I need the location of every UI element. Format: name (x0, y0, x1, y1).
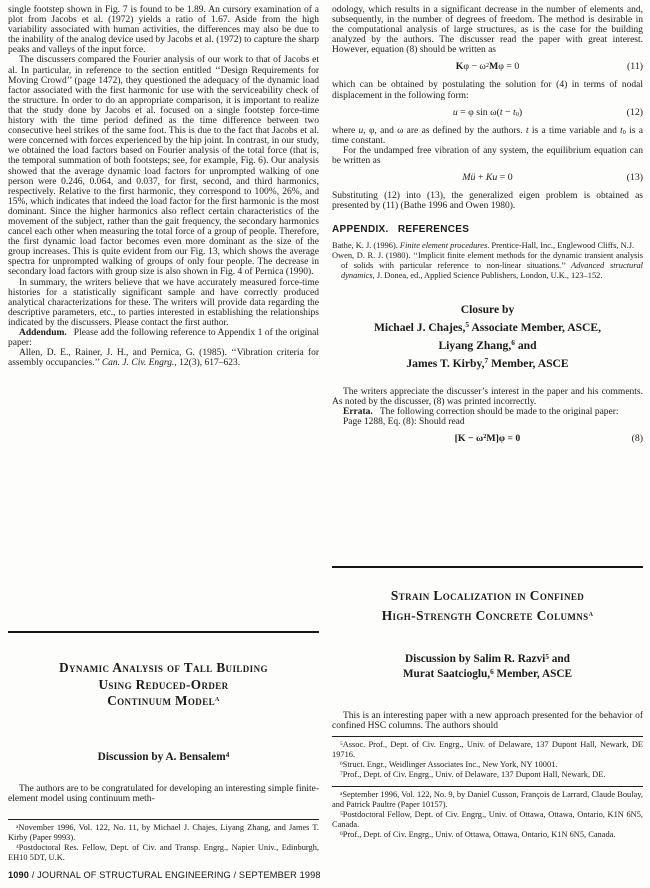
closure-author: James T. Kirby,7 Member, ASCE (332, 355, 643, 373)
footnote: aNovember 1996, Vol. 122, No. 11, by Mic… (8, 823, 319, 843)
discussion-byline-bensalem: Discussion by A. Bensalem4 (8, 750, 319, 765)
addendum-label: Addendum. (19, 328, 67, 338)
closure-paragraph: The writers appreciate the discusser’s i… (332, 387, 643, 407)
title-footnote-marker: a (589, 608, 594, 618)
closure-byline-block: Closure by Michael J. Chajes,5 Associate… (332, 301, 643, 373)
section-divider (8, 631, 319, 633)
paragraph-odology: odology, which results in a significant … (332, 5, 643, 55)
paragraph-substituting: Substituting (12) into (13), the general… (332, 191, 643, 211)
journal-page: single footstep shown in Fig. 7 is found… (0, 0, 650, 888)
footnote-group-2: aSeptember 1996, Vol. 122, No. 9, by Dan… (332, 783, 643, 840)
equation-8: [K − ω2M]φ = 0 (8) (332, 433, 643, 445)
footnote: 5Postdoctoral Fellow, Dept. of Civ. Engr… (332, 810, 643, 830)
reference-entry-owen: Owen, D. R. J. (1980). ‘‘Implicit finite… (332, 251, 643, 280)
equation-12: u = φ sin ω(t − t0) (12) (332, 107, 643, 119)
errata-paragraph: Errata.The following correction should b… (332, 407, 643, 417)
footnote-rule (332, 786, 643, 787)
equation-number: (8) (632, 433, 643, 445)
closure-author: Liyang Zhang,6 and (332, 337, 643, 355)
article-title-strain-localization: Strain Localization in Confined High-Str… (332, 586, 643, 626)
footnote: 7Prof., Dept. of Civ. Engrg., Univ. of D… (332, 770, 643, 780)
discussion-opening-paragraph: The authors are to be congratulated for … (8, 784, 319, 804)
byline-footnote-marker: 4 (226, 751, 230, 759)
section-divider (332, 566, 643, 568)
equation-number: (12) (627, 107, 643, 119)
closure-heading: Closure by (332, 301, 643, 319)
closure-author: Michael J. Chajes,5 Associate Member, AS… (332, 319, 643, 337)
closure-continuation-text: single footstep shown in Fig. 7 is found… (8, 5, 319, 368)
page-footer: 1090 / JOURNAL OF STRUCTURAL ENGINEERING… (8, 870, 321, 880)
discussion2-opening-paragraph: This is an interesting paper with a new … (332, 711, 643, 731)
equation-number: (11) (627, 61, 643, 73)
paragraph-postulating: which can be obtained by postulating the… (332, 80, 643, 100)
footnote: 6Prof., Dept. of Civ. Engrg., Univ. of O… (332, 830, 643, 840)
reference-list: Bathe, K. J. (1996). Finite element proc… (332, 241, 643, 280)
footnote-rule (332, 736, 643, 737)
journal-footer-text: / JOURNAL OF STRUCTURAL ENGINEERING / SE… (29, 870, 321, 880)
right-column: odology, which results in a significant … (332, 0, 643, 888)
title-footnote-marker: a (215, 693, 220, 703)
equation-11: Kφ − ω2Mφ = 0 (11) (332, 61, 643, 73)
page-number: 1090 (8, 870, 29, 880)
errata-page-line: Page 1288, Eq. (8): Should read (332, 417, 643, 427)
equation-number: (13) (627, 172, 643, 184)
discussion-body-text: odology, which results in a significant … (332, 5, 643, 452)
errata-label: Errata. (343, 407, 373, 417)
reference-entry-bathe: Bathe, K. J. (1996). Finite element proc… (332, 241, 643, 251)
right-footnote-block: 5Assoc. Prof., Dept. of Civ. Engrg., Uni… (332, 736, 643, 840)
paragraph-summary: In summary, the writers believe that we … (8, 278, 319, 328)
equation-13: Mü + Ku = 0 (13) (332, 172, 643, 184)
footnote: 4Postdoctoral Res. Fellow, Dept. of Civ.… (8, 843, 319, 863)
footnote: aSeptember 1996, Vol. 122, No. 9, by Dan… (332, 790, 643, 810)
discussion-byline-razvi: Discussion by Salim R. Razvi5 and Murat … (332, 652, 643, 682)
footnote: 6Struct. Engr., Weidlinger Associates In… (332, 760, 643, 770)
footnote-rule (8, 819, 319, 820)
left-footnote-block: aNovember 1996, Vol. 122, No. 11, by Mic… (8, 819, 319, 863)
appendix-references-heading: APPENDIX. REFERENCES (332, 225, 643, 235)
reference-entry-allen: Allen, D. E., Rainer, J. H., and Pernica… (8, 348, 319, 368)
article-title-dynamic-analysis: Dynamic Analysis of Tall Building Using … (8, 660, 319, 710)
left-column: single footstep shown in Fig. 7 is found… (8, 0, 319, 888)
addendum-paragraph: Addendum.Please add the following refere… (8, 328, 319, 348)
paragraph-undamped: For the undamped free vibration of any s… (332, 146, 643, 166)
paragraph-discussers: The discussers compared the Fourier anal… (8, 55, 319, 277)
paragraph-where: where u, φ, and ω are as defined by the … (332, 126, 643, 146)
paragraph-footstep: single footstep shown in Fig. 7 is found… (8, 5, 319, 55)
footnote: 5Assoc. Prof., Dept. of Civ. Engrg., Uni… (332, 740, 643, 760)
